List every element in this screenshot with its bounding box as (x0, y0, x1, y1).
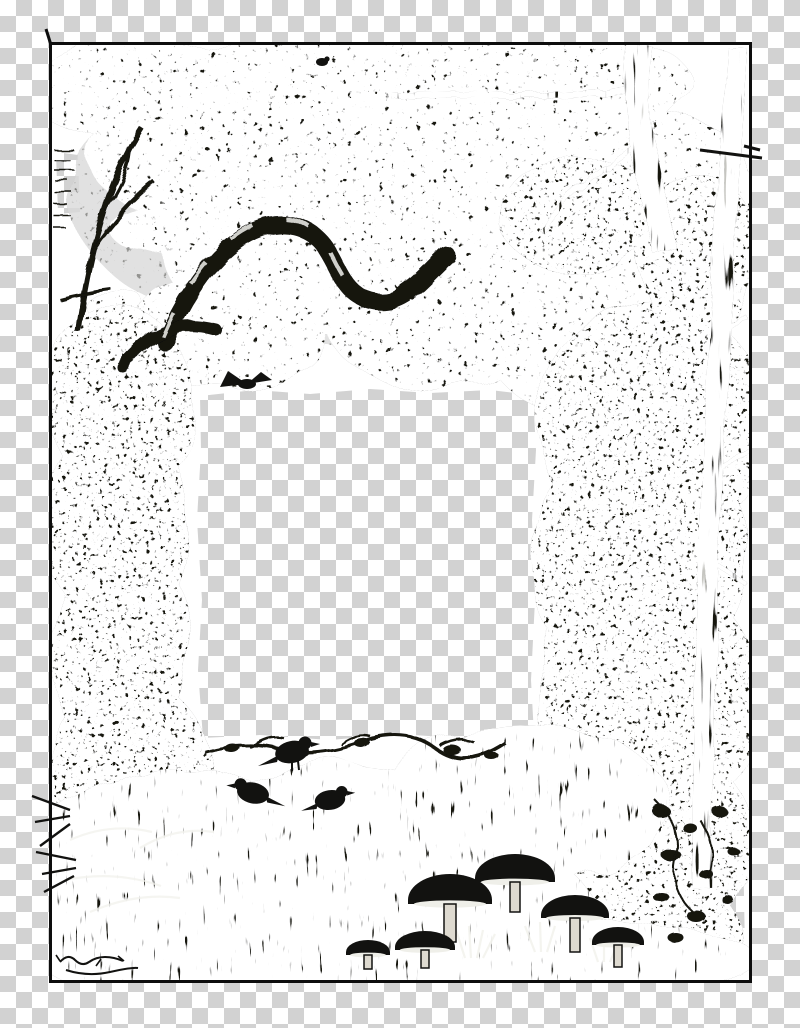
engraving-artwork: Black-and-white antique woodcut engravin… (0, 0, 800, 1028)
